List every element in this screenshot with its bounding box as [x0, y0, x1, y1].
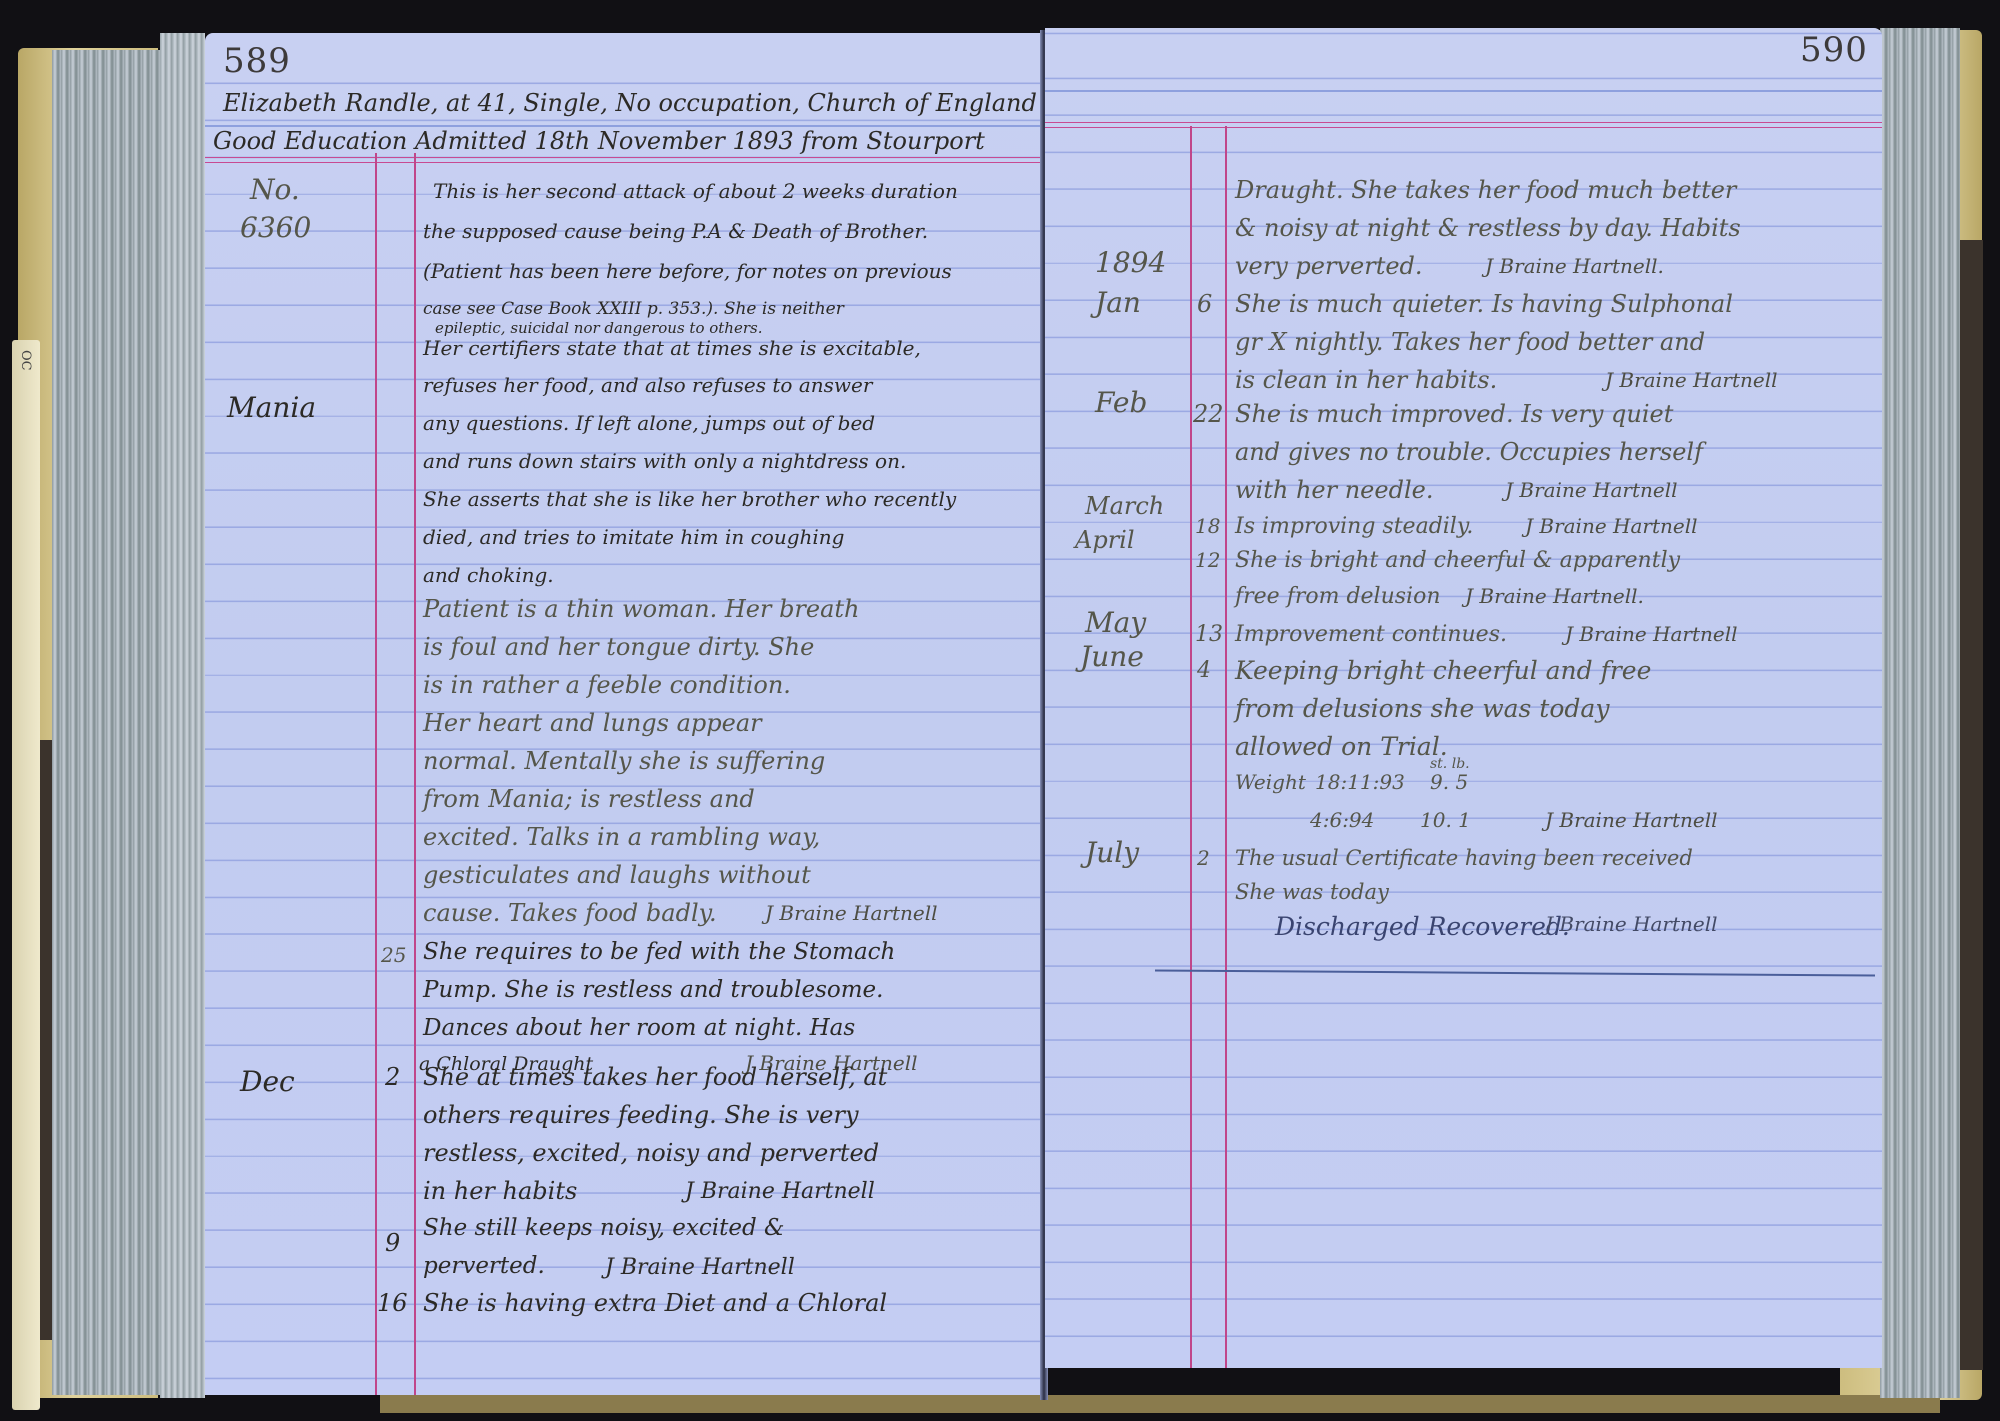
entry-line: Her heart and lungs appear: [423, 709, 762, 737]
tab-label: OC: [18, 350, 33, 371]
entry-line: Patient is a thin woman. Her breath: [423, 595, 860, 623]
signature: J Braine Hartnell: [765, 901, 938, 925]
page-number: 590: [1800, 30, 1868, 70]
entry-line: Dances about her room at night. Has: [423, 1015, 855, 1041]
entry-line: from Mania; is restless and: [423, 785, 755, 813]
entry-line: Her certifiers state that at times she i…: [423, 336, 921, 360]
entry-line: restless, excited, noisy and perverted: [423, 1139, 879, 1167]
entry-line: with her needle.: [1235, 476, 1433, 504]
entry-day: 2: [1197, 846, 1210, 870]
entry-line: very perverted.: [1235, 252, 1423, 280]
entry-line: in her habits: [423, 1177, 577, 1205]
entry-line: The usual Certificate having been receiv…: [1235, 846, 1693, 870]
entry-line: She is bright and cheerful & apparently: [1235, 548, 1680, 573]
entry-line: She is much improved. Is very quiet: [1235, 400, 1673, 428]
signature: J Braine Hartnell: [1525, 514, 1698, 538]
entry-line: refuses her food, and also refuses to an…: [423, 373, 872, 397]
entry-line: Pump. She is restless and troublesome.: [423, 977, 883, 1003]
entry-line: others requires feeding. She is very: [423, 1101, 859, 1129]
entry-day: 16: [377, 1289, 408, 1317]
entry-day: 25: [381, 943, 406, 967]
entry-line: excited. Talks in a rambling way,: [423, 823, 820, 851]
entry-day: 18: [1195, 514, 1220, 538]
entry-day: 6: [1197, 290, 1212, 318]
entry-line: died, and tries to imitate him in coughi…: [423, 525, 844, 549]
entry-line: She is much quieter. Is having Sulphonal: [1235, 290, 1733, 318]
entry-line: and gives no trouble. Occupies herself: [1235, 438, 1703, 466]
entry-line: perverted.: [423, 1253, 545, 1279]
entry-line: She requires to be fed with the Stomach: [423, 939, 895, 965]
page-edges-left: [52, 50, 162, 1395]
entry-line: She still keeps noisy, excited &: [423, 1215, 784, 1241]
month-may: May: [1085, 606, 1146, 639]
entry-line: normal. Mentally she is suffering: [423, 747, 825, 775]
header-margin-rule: [205, 157, 1045, 163]
entry-day: 22: [1193, 400, 1224, 428]
entry-line: (Patient has been here before, for notes…: [423, 259, 952, 283]
page-edges-left-inner: [160, 33, 205, 1398]
text-column-rule: [1225, 126, 1227, 1368]
month-dec: Dec: [240, 1065, 295, 1098]
case-number: 6360: [240, 211, 311, 244]
signature: J Braine Hartnell.: [1485, 254, 1664, 278]
bottom-binding: [380, 1395, 1940, 1413]
entry-line: This is her second attack of about 2 wee…: [433, 179, 958, 203]
month-june: June: [1080, 640, 1144, 673]
date-column-rule: [1190, 126, 1192, 1368]
entry-line: the supposed cause being P.A & Death of …: [423, 219, 928, 243]
entry-line: gesticulates and laughs without: [423, 861, 811, 889]
entry-line: is foul and her tongue dirty. She: [423, 633, 814, 661]
signature: J Braine Hartnell: [1545, 808, 1718, 832]
weight-label: Weight: [1235, 770, 1306, 794]
month-jan: Jan: [1095, 286, 1141, 319]
date-column-rule: [375, 153, 377, 1395]
patient-header-line2: Good Education Admitted 18th November 18…: [213, 127, 985, 155]
entry-line: Is improving steadily.: [1235, 514, 1473, 539]
header-margin-rule: [1045, 122, 1882, 128]
text-column-rule: [414, 153, 416, 1395]
signature: J Braine Hartnell: [605, 1255, 795, 1280]
left-page: 589 Elizabeth Randle, at 41, Single, No …: [205, 33, 1045, 1395]
header-rule: [1045, 90, 1882, 92]
signature: J Braine Hartnell.: [1465, 584, 1644, 608]
signature: J Braine Hartnell: [1605, 368, 1778, 392]
entry-line: allowed on Trial.: [1235, 732, 1448, 761]
entry-line: from delusions she was today: [1235, 694, 1609, 723]
month-july: July: [1085, 836, 1139, 869]
entry-day: 13: [1195, 622, 1223, 647]
weight-value: 9. 5: [1430, 770, 1468, 794]
entry-day: 2: [385, 1063, 400, 1091]
entry-line: She was today: [1235, 880, 1389, 904]
weight-date: 18:11:93: [1315, 770, 1405, 794]
entry-line: Improvement continues.: [1235, 622, 1507, 647]
entry-day: 4: [1197, 658, 1211, 683]
entry-line: is in rather a feeble condition.: [423, 671, 791, 699]
month-april: April: [1075, 526, 1135, 554]
patient-header-line1: Elizabeth Randle, at 41, Single, No occu…: [223, 89, 1037, 117]
signature: J Braine Hartnell: [685, 1179, 875, 1204]
entry-line: is clean in her habits.: [1235, 366, 1497, 394]
diagnosis: Mania: [227, 391, 316, 424]
month-march: March: [1085, 492, 1164, 520]
signature: J Braine Hartnell: [1565, 622, 1738, 646]
signature: J Braine Hartnell: [1505, 478, 1678, 502]
entry-line: epileptic, suicidal nor dangerous to oth…: [435, 319, 762, 337]
entry-line: Draught. She takes her food much better: [1235, 176, 1736, 204]
month-feb: Feb: [1095, 386, 1147, 419]
page-edges-right: [1880, 28, 1960, 1398]
page-number: 589: [223, 41, 291, 81]
case-number-label: No.: [250, 173, 300, 206]
entry-line: & noisy at night & restless by day. Habi…: [1235, 214, 1741, 242]
entry-line: and runs down stairs with only a nightdr…: [423, 449, 906, 473]
entry-line: She asserts that she is like her brother…: [423, 487, 956, 511]
entry-line: any questions. If left alone, jumps out …: [423, 411, 875, 435]
discharge-status: Discharged Recovered.: [1275, 912, 1570, 941]
entry-line: cause. Takes food badly.: [423, 899, 717, 927]
entry-line: gr X nightly. Takes her food better and: [1235, 328, 1705, 356]
entry-line: She is having extra Diet and a Chloral: [423, 1289, 887, 1317]
bookmark-tab: OC: [12, 340, 40, 1410]
entry-day: 9: [385, 1229, 400, 1257]
margin-year: 1894: [1095, 246, 1166, 279]
entry-day: 12: [1195, 548, 1220, 572]
weight-date: 4:6:94: [1310, 808, 1374, 832]
right-page: 590 1894 Jan Feb March April May June Ju…: [1045, 28, 1882, 1368]
signature: J Braine Hartnell: [1545, 912, 1718, 936]
entry-line: Keeping bright cheerful and free: [1235, 656, 1651, 685]
entry-line: free from delusion: [1235, 584, 1441, 609]
entry-line: case see Case Book XXIII p. 353.). She i…: [423, 299, 844, 319]
entry-line: She at times takes her food herself, at: [423, 1063, 887, 1091]
entry-line: and choking.: [423, 563, 554, 587]
weight-value: 10. 1: [1420, 808, 1471, 832]
